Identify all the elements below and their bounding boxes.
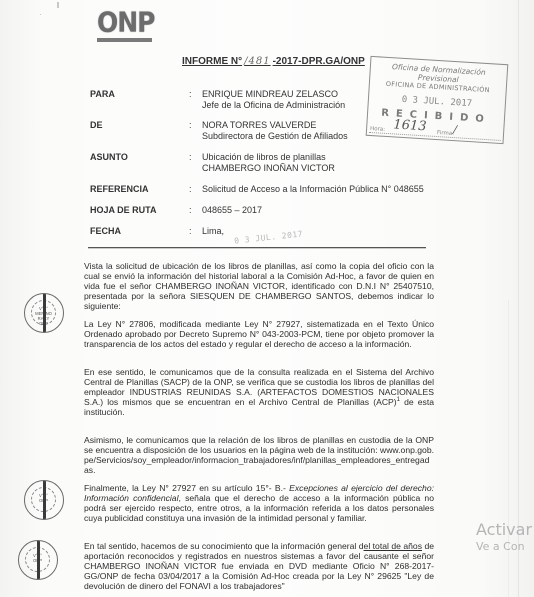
field-colon: :: [189, 226, 192, 236]
field-value-line: Lima,: [202, 226, 224, 237]
approval-seal: V°B° ONP: [24, 480, 64, 520]
activation-watermark: Activar Ve a Con: [476, 520, 532, 554]
header-divider: [88, 247, 426, 248]
paragraph-intro: Vista la solicitud de ubicación de los l…: [84, 261, 434, 311]
field-colon: :: [189, 184, 192, 194]
paragraph-confidential: Finalmente, la Ley N° 27927 en su artícu…: [84, 483, 434, 523]
seal-signature-stroke: [37, 540, 40, 580]
field-label: ASUNTO: [90, 152, 128, 162]
document-title: INFORME N°/481-2017-DPR.GA/ONP: [182, 56, 365, 67]
stamp-signature-line: [369, 132, 501, 141]
informe-handwritten-number: /481: [242, 56, 272, 67]
paragraph-text: Finalmente, la Ley N° 27927 en su artícu…: [84, 483, 289, 493]
field-value: NORA TORRES VALVERDE Subdirectora de Ges…: [202, 120, 348, 142]
informe-suffix: -2017-DPR.GA/ONP: [273, 56, 365, 67]
field-value-line: Solicitud de Acceso a la Información Púb…: [202, 184, 424, 195]
field-value: ENRIQUE MINDREAU ZELASCO Jefe de la Ofic…: [202, 89, 345, 111]
field-value-line: Subdirectora de Gestión de Afiliados: [202, 131, 348, 142]
paragraph-text: En ese sentido, le comunicamos que de la…: [84, 367, 434, 407]
field-value: Lima,: [202, 226, 224, 237]
field-value-line: 048655 – 2017: [202, 205, 262, 216]
approval-seal: V°B° MERINO RACY ONP: [24, 293, 64, 333]
stamp-firma-value: /: [453, 123, 458, 136]
field-value: Solicitud de Acceso a la Información Púb…: [202, 184, 424, 195]
field-value-line: Jefe de la Oficina de Administración: [202, 100, 345, 111]
field-value-line: ENRIQUE MINDREAU ZELASCO: [202, 89, 345, 100]
paragraph-law: La Ley N° 27806, modificada mediante Ley…: [84, 319, 434, 349]
field-colon: :: [189, 205, 192, 215]
seal-signature-stroke: [43, 293, 46, 333]
received-stamp: Oficina de Normalización Previsional OFI…: [366, 56, 509, 144]
scanned-document-page: ONP INFORME N°/481-2017-DPR.GA/ONP Ofici…: [0, 0, 534, 597]
field-value: 048655 – 2017: [202, 205, 262, 216]
watermark-line-1: Activar: [476, 520, 532, 540]
field-label: PARA: [90, 89, 115, 99]
field-colon: :: [189, 152, 192, 162]
stamp-hora-value: 1613: [393, 117, 427, 134]
paragraph-web: Asimismo, le comunicamos que la relación…: [84, 435, 434, 475]
logo-text: ONP: [97, 7, 153, 38]
onp-logo: ONP: [97, 7, 153, 43]
seal-signature-stroke: [43, 480, 46, 520]
field-label: FECHA: [90, 226, 121, 236]
approval-seal: V°B° ONP: [18, 540, 58, 580]
paragraph-text: En tal sentido, hacemos de su conocimien…: [84, 541, 364, 551]
informe-prefix: INFORME N°: [182, 56, 242, 67]
watermark-line-2: Ve a Con: [476, 540, 532, 554]
underlined-text: el total de años: [364, 541, 422, 551]
logo-underbar: [97, 38, 152, 42]
fecha-date-stamp: 0 3 JUL. 2017: [234, 229, 304, 245]
field-colon: :: [189, 89, 192, 99]
field-label: HOJA DE RUTA: [90, 205, 157, 215]
paragraph-dvd: En tal sentido, hacemos de su conocimien…: [84, 541, 434, 591]
field-value-line: NORA TORRES VALVERDE: [202, 120, 348, 131]
paragraph-sacp: En ese sentido, le comunicamos que de la…: [84, 367, 434, 417]
scan-speck: [40, 14, 41, 15]
page-edge: [518, 0, 519, 597]
field-value-line: CHAMBERGO INOÑAN VICTOR: [202, 163, 335, 174]
field-value: Ubicación de libros de planillas CHAMBER…: [202, 152, 335, 174]
scan-speck: [57, 2, 59, 8]
field-value-line: Ubicación de libros de planillas: [202, 152, 335, 163]
field-label: REFERENCIA: [90, 184, 149, 194]
field-colon: :: [189, 120, 192, 130]
field-label: DE: [90, 120, 103, 130]
